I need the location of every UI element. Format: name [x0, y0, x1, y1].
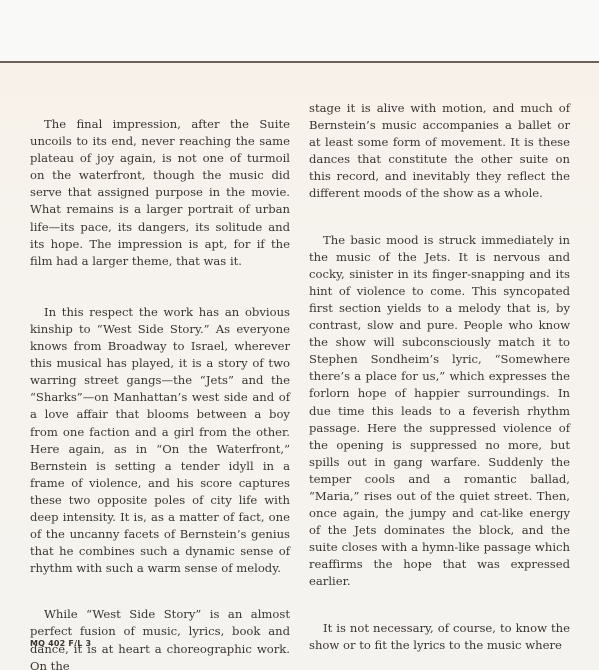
paragraph-spacer	[309, 591, 570, 620]
paragraph-not-necessary: It is not necessary, of course, to know …	[309, 620, 570, 654]
paragraph-spacer	[30, 270, 290, 304]
paragraph-spacer	[309, 203, 570, 232]
scan-top-margin	[0, 0, 599, 61]
paragraph-final-impression: The final impression, after the Suite un…	[30, 116, 290, 270]
paragraph-basic-mood: The basic mood is struck immediately in …	[309, 232, 570, 591]
paragraph-spacer	[30, 577, 290, 606]
right-column: stage it is alive with motion, and much …	[309, 100, 570, 654]
catalog-code: MQ 402 F/L 3	[30, 639, 91, 648]
paragraph-stage-motion: stage it is alive with motion, and much …	[309, 100, 570, 203]
left-column: The final impression, after the Suite un…	[30, 116, 290, 670]
paragraph-kinship: In this respect the work has an obvious …	[30, 304, 290, 578]
